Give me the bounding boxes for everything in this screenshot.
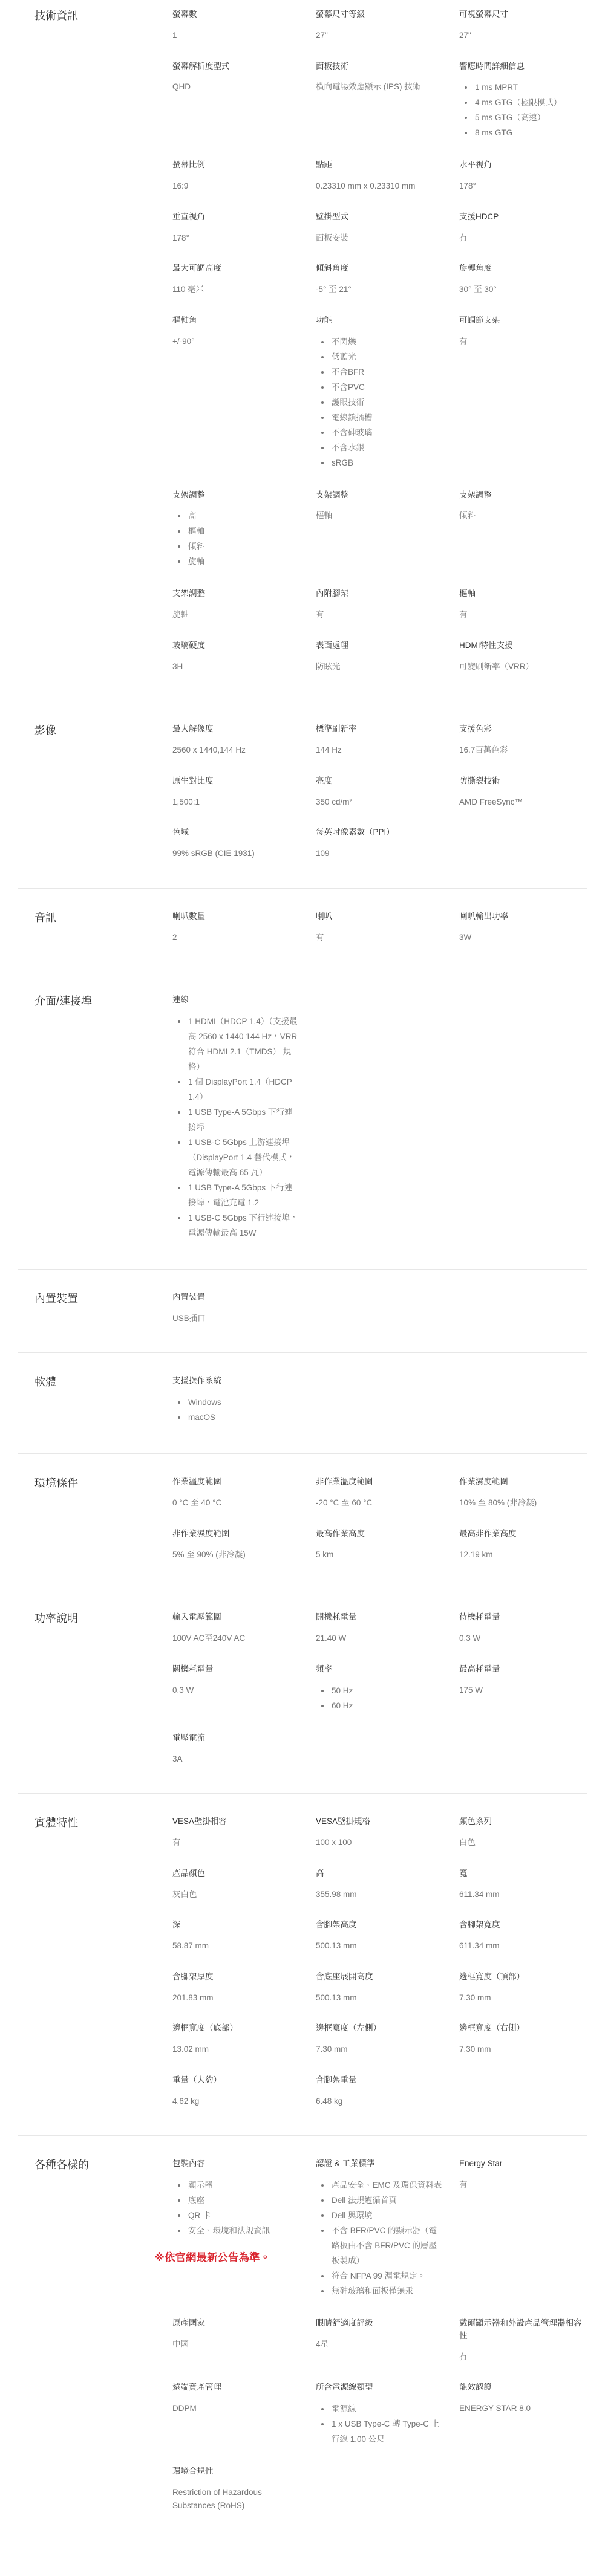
- spec-item: 重量（大約）4.62 kg: [172, 2074, 300, 2108]
- spec-list-item: 4 ms GTG（極限模式）: [474, 96, 587, 111]
- spec-section: 各種各樣的包裝內容顯示器底座QR 卡安全、環境和法規資訊※依官網最新公告為準。認…: [18, 2135, 587, 2540]
- spec-value: 3W: [459, 931, 587, 944]
- section-title: 影像: [18, 723, 172, 860]
- spec-value-list: 電源線1 x USB Type-C 轉 Type-C 上行線 1.00 公尺: [316, 2402, 443, 2447]
- spec-list-item: 不閃爍: [330, 335, 443, 350]
- spec-item: 每英吋像素數（PPI）109: [316, 826, 443, 860]
- spec-label: HDMI特性支援: [459, 640, 587, 652]
- spec-item: 最大可調高度110 毫米: [172, 262, 300, 296]
- spec-label: 所含電源線類型: [316, 2381, 443, 2394]
- spec-list-item: macOS: [187, 1410, 300, 1426]
- spec-list-item: 8 ms GTG: [474, 126, 587, 141]
- spec-label: 最高作業高度: [316, 1528, 443, 1540]
- spec-label: 支架調整: [459, 489, 587, 502]
- spec-section: 影像最大解像度2560 x 1440,144 Hz標準刷新率144 Hz支援色彩…: [18, 701, 587, 888]
- spec-label: 內附腳架: [316, 588, 443, 600]
- spec-value: 3A: [172, 1753, 300, 1766]
- spec-value: ENERGY STAR 8.0: [459, 2402, 587, 2415]
- spec-label: 最高非作業高度: [459, 1528, 587, 1540]
- spec-value: USB插口: [172, 1312, 300, 1325]
- spec-item: 支架調整傾斜: [459, 489, 587, 523]
- spec-list-item: 旋軸: [187, 554, 300, 569]
- spec-value: Restriction of Hazardous Substances (RoH…: [172, 2486, 300, 2512]
- spec-label: 連線: [172, 994, 300, 1007]
- spec-value: 1,500:1: [172, 796, 300, 809]
- spec-list-item: 1 USB Type-A 5Gbps 下行連接埠，電池充電 1.2: [187, 1181, 300, 1211]
- spec-item: 最高耗電量175 W: [459, 1663, 587, 1697]
- spec-list-item: 1 HDMI（HDCP 1.4）（支援最高 2560 x 1440 144 Hz…: [187, 1014, 300, 1075]
- spec-label: 原產國家: [172, 2317, 300, 2330]
- spec-label: 壁掛型式: [316, 211, 443, 224]
- spec-label: 螢幕比例: [172, 159, 300, 172]
- spec-list-item: 符合 NFPA 99 漏電規定。: [330, 2269, 443, 2284]
- spec-item: 喇叭輸出功率3W: [459, 910, 587, 944]
- spec-item: 表面處理防眩光: [316, 640, 443, 673]
- spec-value: 2560 x 1440,144 Hz: [172, 744, 300, 757]
- spec-value: -20 °C 至 60 °C: [316, 1496, 443, 1510]
- spec-list-item: 安全、環境和法規資訊: [187, 2224, 300, 2239]
- spec-list-item: 不含砷玻璃: [330, 426, 443, 441]
- spec-list-item: 低藍光: [330, 350, 443, 365]
- spec-list-item: 無砷玻璃和面板僅無汞: [330, 2284, 443, 2299]
- spec-value: 3H: [172, 660, 300, 673]
- spec-label: 開機耗電量: [316, 1611, 443, 1624]
- spec-value-list: 產品安全、EMC 及環保資料表Dell 法規遵循首頁Dell 與環境不含 BFR…: [316, 2178, 443, 2299]
- section-grid: 內置裝置USB插口: [172, 1291, 587, 1325]
- spec-label: 內置裝置: [172, 1291, 300, 1304]
- spec-item: 螢幕尺寸等級27": [316, 8, 443, 42]
- spec-label: 遠端資產管理: [172, 2381, 300, 2394]
- spec-label: 支援HDCP: [459, 211, 587, 224]
- spec-label: 最高耗電量: [459, 1663, 587, 1676]
- spec-item: 高355.98 mm: [316, 1867, 443, 1901]
- spec-value: 有: [459, 2351, 587, 2364]
- spec-item: 支援操作系統WindowsmacOS: [172, 1375, 300, 1426]
- spec-value: 178°: [459, 180, 587, 193]
- spec-list-item: 高: [187, 509, 300, 524]
- spec-section: 內置裝置內置裝置USB插口: [18, 1269, 587, 1353]
- spec-label: 喇叭數量: [172, 910, 300, 923]
- spec-value: 旋軸: [172, 608, 300, 621]
- spec-value: 27": [316, 29, 443, 42]
- spec-item: 螢幕解析度型式QHD: [172, 60, 300, 94]
- spec-item: 產品顏色灰白色: [172, 1867, 300, 1901]
- spec-value: 0.23310 mm x 0.23310 mm: [316, 180, 443, 193]
- spec-label: 喇叭輸出功率: [459, 910, 587, 923]
- spec-item: 寬611.34 mm: [459, 1867, 587, 1901]
- spec-label: 包裝內容: [172, 2158, 300, 2170]
- spec-label: 產品顏色: [172, 1867, 300, 1880]
- spec-value: +/-90°: [172, 335, 300, 348]
- spec-label: 支架調整: [316, 489, 443, 502]
- spec-label: 防撕裂技術: [459, 775, 587, 788]
- spec-value: 可變刷新率（VRR）: [459, 660, 587, 673]
- section-grid: 螢幕數1螢幕尺寸等級27"可視螢幕尺寸27"螢幕解析度型式QHD面板技術橫向電場…: [172, 8, 587, 673]
- spec-value: 100V AC至240V AC: [172, 1632, 300, 1645]
- spec-item: 含底座展開高度500.13 mm: [316, 1971, 443, 2005]
- spec-label: 頻率: [316, 1663, 443, 1676]
- spec-value: 16:9: [172, 180, 300, 193]
- spec-label: VESA壁掛規格: [316, 1815, 443, 1828]
- spec-value: 178°: [172, 232, 300, 245]
- spec-value-list: 1 HDMI（HDCP 1.4）（支援最高 2560 x 1440 144 Hz…: [172, 1014, 300, 1241]
- spec-item: 作業溫度範圍0 °C 至 40 °C: [172, 1476, 300, 1510]
- spec-value: -5° 至 21°: [316, 283, 443, 296]
- spec-list-item: Windows: [187, 1395, 300, 1410]
- spec-label: 點距: [316, 159, 443, 172]
- spec-item: 開機耗電量21.40 W: [316, 1611, 443, 1645]
- spec-item: 響應時間詳細信息1 ms MPRT4 ms GTG（極限模式）5 ms GTG（…: [459, 60, 587, 141]
- spec-value: 1: [172, 29, 300, 42]
- spec-label: 關機耗電量: [172, 1663, 300, 1676]
- spec-item: 內附腳架有: [316, 588, 443, 621]
- spec-section: 介面/連接埠連線1 HDMI（HDCP 1.4）（支援最高 2560 x 144…: [18, 972, 587, 1268]
- spec-item: 電壓電流3A: [172, 1732, 300, 1766]
- spec-label: 重量（大約）: [172, 2074, 300, 2087]
- spec-value-list: 1 ms MPRT4 ms GTG（極限模式）5 ms GTG（高速）8 ms …: [459, 80, 587, 141]
- spec-value: 144 Hz: [316, 744, 443, 757]
- spec-item: 水平視角178°: [459, 159, 587, 193]
- spec-value-list: 高樞軸傾斜旋軸: [172, 509, 300, 569]
- section-grid: VESA壁掛相容有VESA壁掛規格100 x 100顏色系列白色產品顏色灰白色高…: [172, 1815, 587, 2107]
- spec-item: 螢幕比例16:9: [172, 159, 300, 193]
- spec-label: 表面處理: [316, 640, 443, 652]
- spec-label: 非作業濕度範圍: [172, 1528, 300, 1540]
- spec-item: 包裝內容顯示器底座QR 卡安全、環境和法規資訊※依官網最新公告為準。: [172, 2158, 300, 2265]
- spec-label: 待機耗電量: [459, 1611, 587, 1624]
- spec-item: 頻率50 Hz60 Hz: [316, 1663, 443, 1714]
- section-title: 功率說明: [18, 1611, 172, 1765]
- spec-label: 傾斜角度: [316, 262, 443, 275]
- spec-label: 支架調整: [172, 489, 300, 502]
- spec-value: 21.40 W: [316, 1632, 443, 1645]
- spec-value: 有: [172, 1836, 300, 1849]
- spec-list-item: 1 ms MPRT: [474, 80, 587, 96]
- spec-item: 連線1 HDMI（HDCP 1.4）（支援最高 2560 x 1440 144 …: [172, 994, 300, 1241]
- spec-value: 6.48 kg: [316, 2095, 443, 2108]
- spec-label: 非作業溫度範圍: [316, 1476, 443, 1488]
- spec-list-item: 1 USB-C 5Gbps 下行連接埠，電源傳輸最高 15W: [187, 1211, 300, 1241]
- spec-list-item: 1 個 DisplayPort 1.4（HDCP 1.4）: [187, 1075, 300, 1105]
- section-grid: 喇叭數量2喇叭有喇叭輸出功率3W: [172, 910, 587, 944]
- spec-value: 面板安裝: [316, 232, 443, 245]
- spec-value: 500.13 mm: [316, 1991, 443, 2005]
- spec-label: 含腳架高度: [316, 1919, 443, 1932]
- spec-value: 611.34 mm: [459, 1939, 587, 1953]
- spec-label: 含腳架厚度: [172, 1971, 300, 1984]
- spec-item: 最高作業高度5 km: [316, 1528, 443, 1562]
- spec-list-item: Dell 法規遵循首頁: [330, 2193, 443, 2208]
- spec-item: 玻璃硬度3H: [172, 640, 300, 673]
- spec-item: 環境合規性Restriction of Hazardous Substances…: [172, 2465, 300, 2512]
- spec-item: 支援HDCP有: [459, 211, 587, 245]
- spec-item: 內置裝置USB插口: [172, 1291, 300, 1325]
- spec-value: 4星: [316, 2338, 443, 2351]
- spec-item: HDMI特性支援可變刷新率（VRR）: [459, 640, 587, 673]
- spec-value: 109: [316, 847, 443, 860]
- spec-label: 含底座展開高度: [316, 1971, 443, 1984]
- section-title: 介面/連接埠: [18, 994, 172, 1241]
- spec-item: 邊框寬度（左側）7.30 mm: [316, 2022, 443, 2056]
- spec-list-item: 不含 BFR/PVC 的顯示器（電路板由不含 BFR/PVC 的層壓板製成）: [330, 2224, 443, 2269]
- spec-value: 13.02 mm: [172, 2043, 300, 2056]
- spec-item: 非作業濕度範圍5% 至 90% (非冷凝): [172, 1528, 300, 1562]
- spec-section: 技術資訊螢幕數1螢幕尺寸等級27"可視螢幕尺寸27"螢幕解析度型式QHD面板技術…: [18, 5, 587, 701]
- spec-item: 可視螢幕尺寸27": [459, 8, 587, 42]
- spec-value: 350 cd/m²: [316, 796, 443, 809]
- section-grid: 包裝內容顯示器底座QR 卡安全、環境和法規資訊※依官網最新公告為準。認證 & 工…: [172, 2158, 587, 2512]
- spec-label: 功能: [316, 314, 443, 327]
- product-spec-page: 技術資訊螢幕數1螢幕尺寸等級27"可視螢幕尺寸27"螢幕解析度型式QHD面板技術…: [0, 0, 605, 2576]
- spec-list-item: 不含水銀: [330, 441, 443, 456]
- spec-value: AMD FreeSync™: [459, 796, 587, 809]
- spec-item: 含腳架高度500.13 mm: [316, 1919, 443, 1953]
- spec-label: 邊框寬度（頂部）: [459, 1971, 587, 1984]
- spec-value: 傾斜: [459, 509, 587, 522]
- spec-item: 螢幕數1: [172, 8, 300, 42]
- section-title: 音訊: [18, 910, 172, 944]
- spec-item: 亮度350 cd/m²: [316, 775, 443, 809]
- spec-section: 音訊喇叭數量2喇叭有喇叭輸出功率3W: [18, 888, 587, 972]
- spec-value: 灰白色: [172, 1888, 300, 1901]
- spec-list-item: QR 卡: [187, 2208, 300, 2224]
- spec-list-item: 1 USB-C 5Gbps 上游連接埠（DisplayPort 1.4 替代模式…: [187, 1135, 300, 1181]
- spec-item: 面板技術橫向電場效應顯示 (IPS) 技術: [316, 60, 443, 94]
- spec-item: 非作業溫度範圍-20 °C 至 60 °C: [316, 1476, 443, 1510]
- spec-value: QHD: [172, 80, 300, 94]
- spec-value: 7.30 mm: [459, 1991, 587, 2005]
- spec-value-list: WindowsmacOS: [172, 1395, 300, 1426]
- spec-value: 611.34 mm: [459, 1888, 587, 1901]
- spec-list-item: 50 Hz: [330, 1684, 443, 1699]
- spec-label: 輸入電壓範圍: [172, 1611, 300, 1624]
- spec-value: 99% sRGB (CIE 1931): [172, 847, 300, 860]
- spec-item: 邊框寬度（頂部）7.30 mm: [459, 1971, 587, 2005]
- spec-value: 有: [459, 232, 587, 245]
- spec-label: 標準刷新率: [316, 723, 443, 736]
- section-title: 環境條件: [18, 1476, 172, 1561]
- spec-item: 含腳架厚度201.83 mm: [172, 1971, 300, 2005]
- spec-item: VESA壁掛規格100 x 100: [316, 1815, 443, 1849]
- spec-section: 功率說明輸入電壓範圍100V AC至240V AC開機耗電量21.40 W待機耗…: [18, 1589, 587, 1793]
- spec-list-item: 1 USB Type-A 5Gbps 下行連接埠: [187, 1105, 300, 1135]
- spec-item: 支架調整樞軸: [316, 489, 443, 523]
- spec-label: 原生對比度: [172, 775, 300, 788]
- spec-item: 含腳架重量6.48 kg: [316, 2074, 443, 2108]
- spec-value: 4.62 kg: [172, 2095, 300, 2108]
- spec-item: Energy Star有: [459, 2158, 587, 2192]
- spec-value: 0.3 W: [172, 1684, 300, 1697]
- spec-list-item: Dell 與環境: [330, 2208, 443, 2224]
- spec-label: 電壓電流: [172, 1732, 300, 1745]
- spec-list-item: 不含BFR: [330, 365, 443, 380]
- spec-item: 含腳架寬度611.34 mm: [459, 1919, 587, 1953]
- spec-label: 樞軸角: [172, 314, 300, 327]
- spec-item: 樞軸有: [459, 588, 587, 621]
- spec-list-item: 1 x USB Type-C 轉 Type-C 上行線 1.00 公尺: [330, 2417, 443, 2447]
- section-grid: 支援操作系統WindowsmacOS: [172, 1375, 587, 1426]
- spec-item: 認證 & 工業標準產品安全、EMC 及環保資料表Dell 法規遵循首頁Dell …: [316, 2158, 443, 2299]
- spec-item: 待機耗電量0.3 W: [459, 1611, 587, 1645]
- spec-section: 實體特性VESA壁掛相容有VESA壁掛規格100 x 100顏色系列白色產品顏色…: [18, 1793, 587, 2135]
- spec-value: 有: [316, 608, 443, 621]
- spec-label: 旋轉角度: [459, 262, 587, 275]
- spec-label: 支架調整: [172, 588, 300, 600]
- spec-list-item: 傾斜: [187, 539, 300, 554]
- spec-label: 作業溫度範圍: [172, 1476, 300, 1488]
- spec-label: 亮度: [316, 775, 443, 788]
- spec-value: 防眩光: [316, 660, 443, 673]
- spec-value-list: 50 Hz60 Hz: [316, 1684, 443, 1714]
- spec-item: 顏色系列白色: [459, 1815, 587, 1849]
- spec-item: 點距0.23310 mm x 0.23310 mm: [316, 159, 443, 193]
- spec-label: VESA壁掛相容: [172, 1815, 300, 1828]
- spec-label: 邊框寬度（左側）: [316, 2022, 443, 2035]
- spec-value: 16.7百萬色彩: [459, 744, 587, 757]
- spec-value: 有: [459, 2178, 587, 2192]
- spec-label: 玻璃硬度: [172, 640, 300, 652]
- spec-item: 所含電源線類型電源線1 x USB Type-C 轉 Type-C 上行線 1.…: [316, 2381, 443, 2447]
- spec-label: 支援操作系統: [172, 1375, 300, 1387]
- spec-label: Energy Star: [459, 2158, 587, 2170]
- spec-item: 可調節支架有: [459, 314, 587, 348]
- spec-value: 201.83 mm: [172, 1991, 300, 2005]
- section-grid: 最大解像度2560 x 1440,144 Hz標準刷新率144 Hz支援色彩16…: [172, 723, 587, 860]
- spec-item: 邊框寬度（右側）7.30 mm: [459, 2022, 587, 2056]
- spec-section: 環境條件作業溫度範圍0 °C 至 40 °C非作業溫度範圍-20 °C 至 60…: [18, 1453, 587, 1589]
- spec-value: 27": [459, 29, 587, 42]
- spec-label: 螢幕數: [172, 8, 300, 21]
- spec-list-item: 產品安全、EMC 及環保資料表: [330, 2178, 443, 2193]
- spec-item: 支架調整高樞軸傾斜旋軸: [172, 489, 300, 570]
- spec-value: 有: [459, 608, 587, 621]
- spec-item: 喇叭數量2: [172, 910, 300, 944]
- spec-label: 寬: [459, 1867, 587, 1880]
- spec-value: 0.3 W: [459, 1632, 587, 1645]
- spec-item: 防撕裂技術AMD FreeSync™: [459, 775, 587, 809]
- spec-label: 戴爾顯示器和外設產品管理器相容性: [459, 2317, 587, 2343]
- section-title: 技術資訊: [18, 8, 172, 673]
- spec-item: 最大解像度2560 x 1440,144 Hz: [172, 723, 300, 757]
- spec-label: 樞軸: [459, 588, 587, 600]
- spec-value: 10% 至 80% (非冷凝): [459, 1496, 587, 1510]
- spec-label: 作業濕度範圍: [459, 1476, 587, 1488]
- spec-value: 白色: [459, 1836, 587, 1849]
- spec-value: 0 °C 至 40 °C: [172, 1496, 300, 1510]
- spec-item: 關機耗電量0.3 W: [172, 1663, 300, 1697]
- spec-item: 遠端資產管理DDPM: [172, 2381, 300, 2415]
- spec-item: 邊框寬度（底部）13.02 mm: [172, 2022, 300, 2056]
- spec-value: DDPM: [172, 2402, 300, 2415]
- spec-value: 110 毫米: [172, 283, 300, 296]
- spec-value: 5 km: [316, 1548, 443, 1562]
- spec-label: 可調節支架: [459, 314, 587, 327]
- spec-label: 最大解像度: [172, 723, 300, 736]
- spec-value: 樞軸: [316, 509, 443, 522]
- spec-label: 最大可調高度: [172, 262, 300, 275]
- spec-label: 深: [172, 1919, 300, 1932]
- spec-list-item: 樞軸: [187, 524, 300, 539]
- spec-label: 高: [316, 1867, 443, 1880]
- spec-label: 支援色彩: [459, 723, 587, 736]
- spec-item: 原生對比度1,500:1: [172, 775, 300, 809]
- official-site-disclaimer-note: ※依官網最新公告為準。: [154, 2250, 300, 2265]
- section-grid: 連線1 HDMI（HDCP 1.4）（支援最高 2560 x 1440 144 …: [172, 994, 587, 1241]
- spec-value: 7.30 mm: [316, 2043, 443, 2056]
- spec-list-item: 電線鎖插槽: [330, 410, 443, 426]
- spec-list-item: 不含PVC: [330, 380, 443, 395]
- spec-value: 有: [316, 931, 443, 944]
- spec-item: 垂直視角178°: [172, 211, 300, 245]
- spec-label: 垂直視角: [172, 211, 300, 224]
- spec-label: 邊框寬度（右側）: [459, 2022, 587, 2035]
- spec-item: 最高非作業高度12.19 km: [459, 1528, 587, 1562]
- spec-list-item: 電源線: [330, 2402, 443, 2417]
- spec-label: 螢幕解析度型式: [172, 60, 300, 73]
- spec-label: 邊框寬度（底部）: [172, 2022, 300, 2035]
- spec-label: 環境合規性: [172, 2465, 300, 2478]
- spec-label: 顏色系列: [459, 1815, 587, 1828]
- spec-item: 壁掛型式面板安裝: [316, 211, 443, 245]
- spec-item: 深58.87 mm: [172, 1919, 300, 1953]
- spec-label: 響應時間詳細信息: [459, 60, 587, 73]
- section-title: 軟體: [18, 1375, 172, 1426]
- spec-value: 7.30 mm: [459, 2043, 587, 2056]
- spec-label: 面板技術: [316, 60, 443, 73]
- spec-label: 含腳架重量: [316, 2074, 443, 2087]
- spec-value: 5% 至 90% (非冷凝): [172, 1548, 300, 1562]
- spec-value: 12.19 km: [459, 1548, 587, 1562]
- spec-item: 樞軸角+/-90°: [172, 314, 300, 348]
- spec-item: 支架調整旋軸: [172, 588, 300, 621]
- spec-value-list: 不閃爍低藍光不含BFR不含PVC護眼技術電線鎖插槽不含砷玻璃不含水銀sRGB: [316, 335, 443, 471]
- spec-item: 功能不閃爍低藍光不含BFR不含PVC護眼技術電線鎖插槽不含砷玻璃不含水銀sRGB: [316, 314, 443, 471]
- spec-value: 中國: [172, 2338, 300, 2351]
- spec-section: 軟體支援操作系統WindowsmacOS: [18, 1352, 587, 1453]
- section-grid: 作業溫度範圍0 °C 至 40 °C非作業溫度範圍-20 °C 至 60 °C作…: [172, 1476, 587, 1561]
- spec-list-item: 底座: [187, 2193, 300, 2208]
- spec-value: 30° 至 30°: [459, 283, 587, 296]
- spec-label: 色域: [172, 826, 300, 839]
- spec-value: 500.13 mm: [316, 1939, 443, 1953]
- spec-value: 100 x 100: [316, 1836, 443, 1849]
- spec-label: 喇叭: [316, 910, 443, 923]
- spec-value-list: 顯示器底座QR 卡安全、環境和法規資訊: [172, 2178, 300, 2239]
- spec-item: 旋轉角度30° 至 30°: [459, 262, 587, 296]
- spec-item: 能效認證ENERGY STAR 8.0: [459, 2381, 587, 2415]
- spec-list-item: 顯示器: [187, 2178, 300, 2193]
- spec-item: 眼睛舒適度評級4星: [316, 2317, 443, 2351]
- spec-label: 可視螢幕尺寸: [459, 8, 587, 21]
- spec-label: 螢幕尺寸等級: [316, 8, 443, 21]
- spec-value: 355.98 mm: [316, 1888, 443, 1901]
- spec-value: 2: [172, 931, 300, 944]
- section-title: 實體特性: [18, 1815, 172, 2107]
- spec-item: 作業濕度範圍10% 至 80% (非冷凝): [459, 1476, 587, 1510]
- spec-list-item: 5 ms GTG（高速）: [474, 111, 587, 126]
- spec-value: 有: [459, 335, 587, 348]
- spec-item: 喇叭有: [316, 910, 443, 944]
- spec-list-item: 護眼技術: [330, 395, 443, 410]
- spec-label: 水平視角: [459, 159, 587, 172]
- spec-item: 原產國家中國: [172, 2317, 300, 2351]
- spec-label: 能效認證: [459, 2381, 587, 2394]
- spec-list-item: sRGB: [330, 456, 443, 471]
- section-grid: 輸入電壓範圍100V AC至240V AC開機耗電量21.40 W待機耗電量0.…: [172, 1611, 587, 1765]
- spec-value: 58.87 mm: [172, 1939, 300, 1953]
- spec-item: 標準刷新率144 Hz: [316, 723, 443, 757]
- spec-value: 橫向電場效應顯示 (IPS) 技術: [316, 80, 443, 94]
